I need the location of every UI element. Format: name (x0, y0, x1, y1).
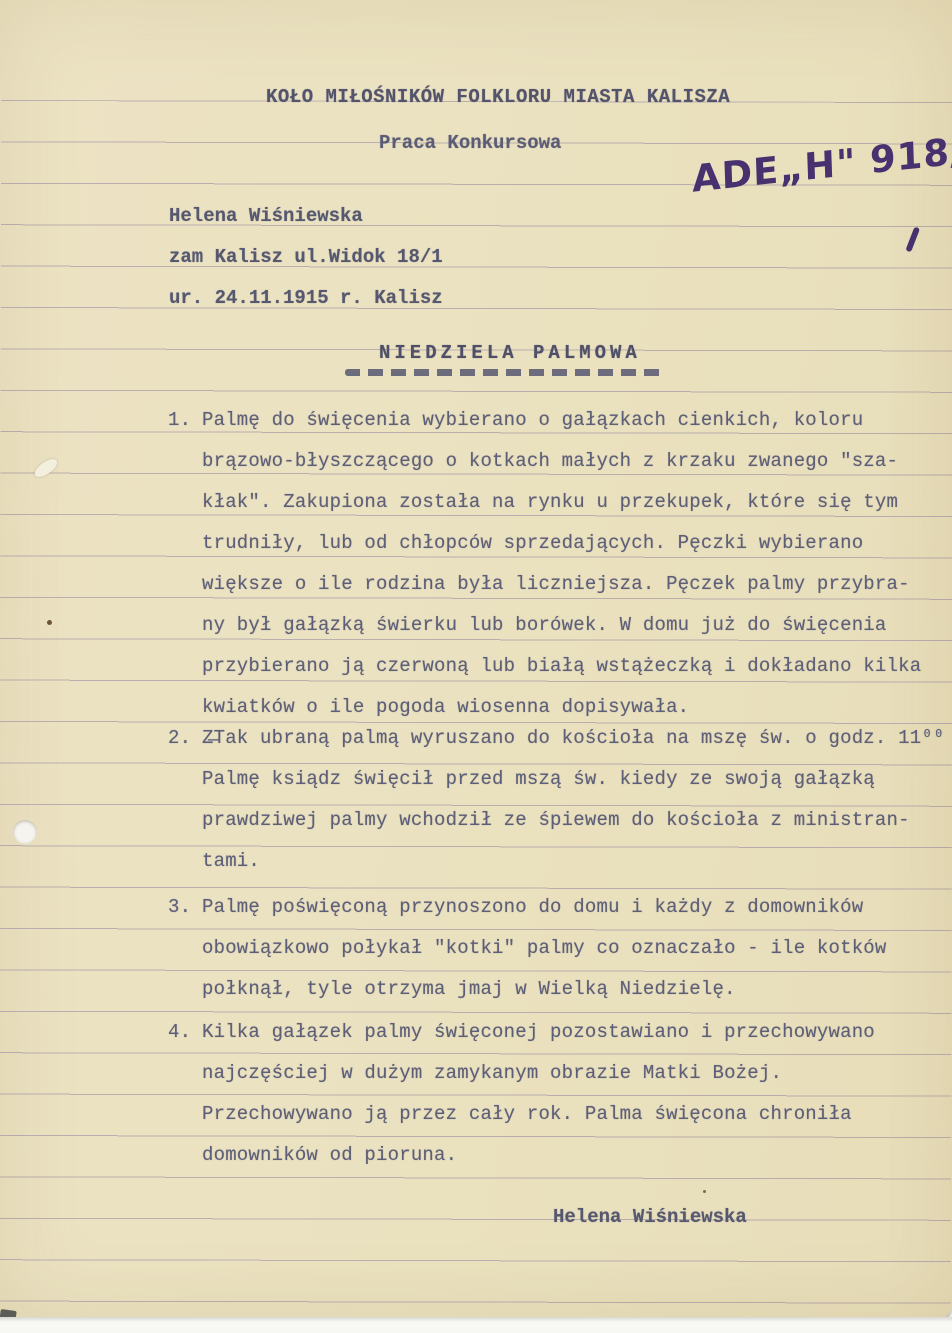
paragraph-text: Palmę do święcenia wybierano o gałązkach… (202, 400, 947, 728)
scanned-document-page: KOŁO MIŁOŚNIKÓW FOLKLORU MIASTA KALISZA … (0, 0, 952, 1333)
scanner-background (0, 1317, 952, 1333)
author-birth: ur. 24.11.1915 r. Kalisz (169, 278, 443, 319)
paper-speck (703, 1190, 706, 1193)
paper-speck (47, 620, 52, 625)
paragraph-text: Palmę poświęconą przynoszono do domu i k… (202, 887, 947, 1010)
author-address: zam Kalisz ul.Widok 18/1 (169, 237, 443, 278)
paragraph-4: 4. Kilka gałązek palmy święconej pozosta… (168, 1012, 947, 1176)
signature: Helena Wiśniewska (553, 1206, 747, 1228)
paragraph-number: 3. (168, 887, 202, 1010)
paragraph-number: 4. (168, 1012, 202, 1176)
paragraph-number: 2. (168, 718, 202, 882)
paragraph-text: Z̶Tak ubraną palmą wyruszano do kościoła… (202, 718, 947, 882)
author-name: Helena Wiśniewska (169, 196, 443, 237)
author-block: Helena Wiśniewska zam Kalisz ul.Widok 18… (169, 196, 443, 319)
punch-hole (13, 820, 37, 844)
paragraph-2: 2. Z̶Tak ubraną palmą wyruszano do kości… (168, 718, 947, 882)
paragraph-number: 1. (168, 400, 202, 728)
paragraph-1: 1. Palmę do święcenia wybierano o gałązk… (168, 400, 947, 728)
paragraph-3: 3. Palmę poświęconą przynoszono do domu … (168, 887, 947, 1010)
paper-sheet: KOŁO MIŁOŚNIKÓW FOLKLORU MIASTA KALISZA … (0, 0, 952, 1319)
paragraph-text: Kilka gałązek palmy święconej pozostawia… (202, 1012, 947, 1176)
org-header: KOŁO MIŁOŚNIKÓW FOLKLORU MIASTA KALISZA (266, 86, 730, 108)
title-underline (345, 369, 663, 376)
doc-title: NIEDZIELA PALMOWA (379, 342, 641, 364)
contest-subtitle: Praca Konkursowa (379, 132, 561, 154)
